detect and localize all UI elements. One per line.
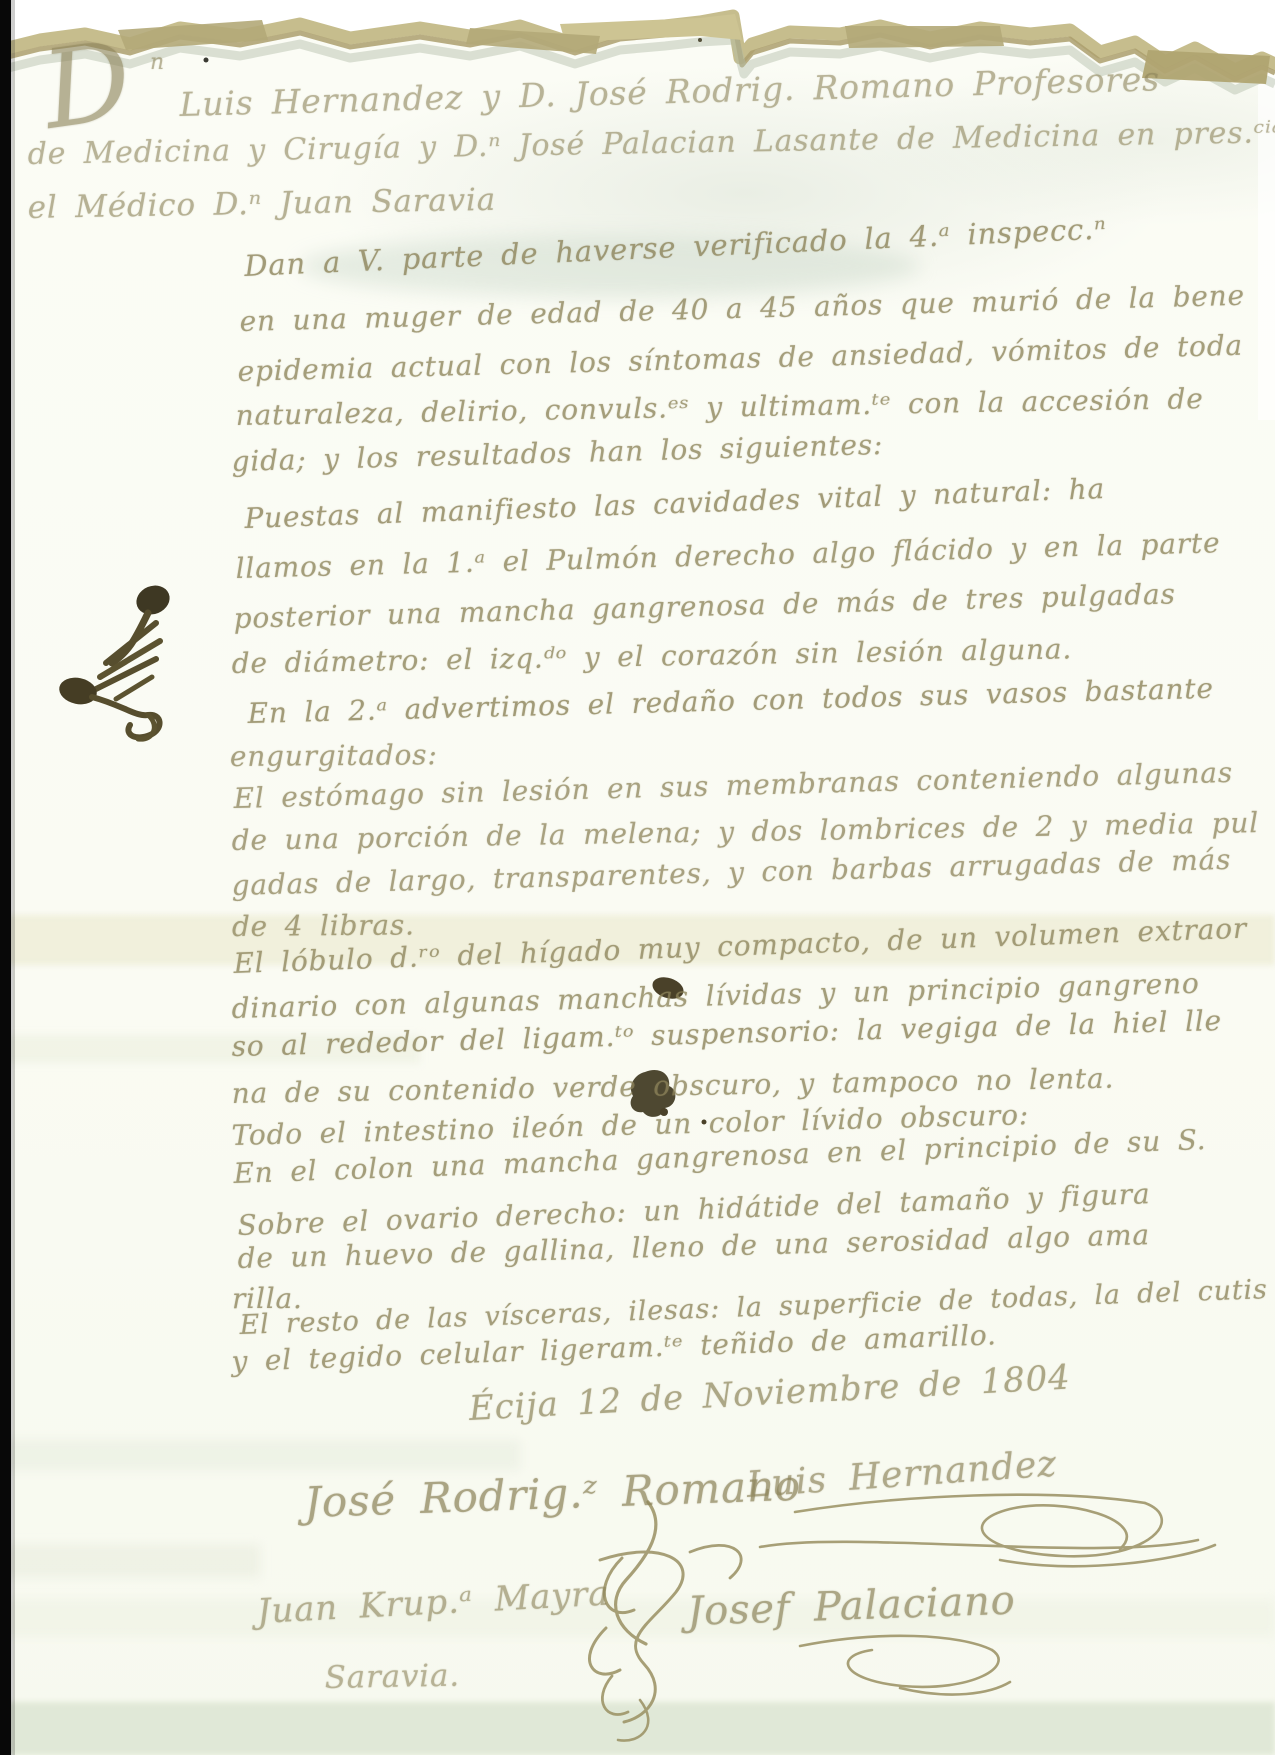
manuscript-line: D: [37, 27, 138, 146]
paper-left-shadow: [11, 0, 15, 1755]
manuscript-line: de 4 libras.: [232, 911, 415, 941]
signature: Josef Palaciano: [687, 1581, 1017, 1632]
manuscript-line: engurgitados:: [230, 741, 438, 771]
signature: Saravia.: [324, 1661, 460, 1694]
scanned-manuscript-page: DnLuis Hernandez y D. José Rodrig. Roman…: [0, 0, 1275, 1755]
manuscript-line: n: [150, 52, 165, 74]
manuscript-line: el Médico D.ⁿ Juan Saravia: [27, 185, 496, 224]
scanner-edge-strip: [0, 0, 11, 1755]
